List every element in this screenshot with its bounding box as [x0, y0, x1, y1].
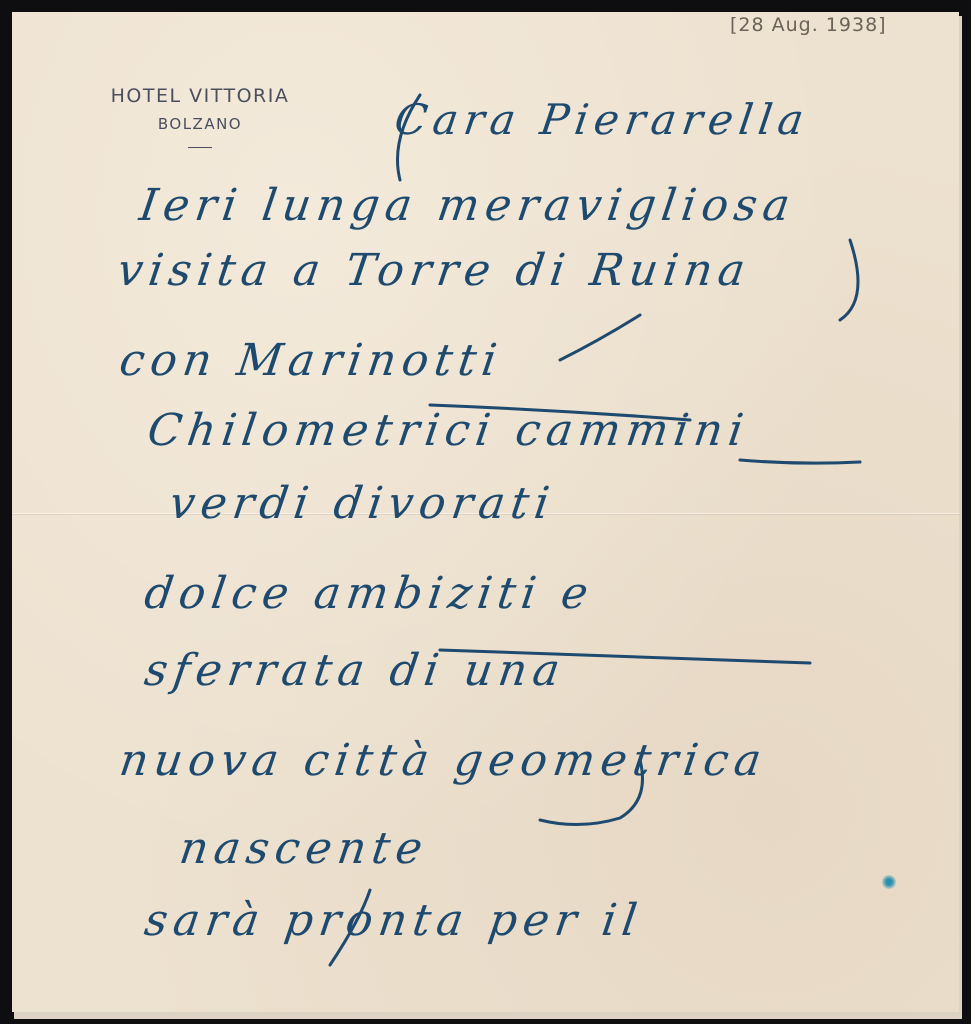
handwritten-line-5: verdi divorati [166, 478, 558, 529]
handwritten-line-4: Chilometrici cammini [144, 405, 752, 456]
handwritten-line-9: nascente [176, 823, 431, 874]
letterhead: HOTEL VITTORIA BOLZANO [80, 85, 320, 148]
handwritten-line-6: dolce ambiziti e [141, 568, 597, 619]
handwritten-line-10: sarà pronta per il [141, 895, 646, 946]
hotel-city: BOLZANO [80, 115, 320, 133]
handwritten-line-1: Ieri lunga meravigliosa [136, 180, 798, 231]
letterhead-rule [188, 147, 212, 148]
handwritten-line-8: nuova città geometrica [116, 735, 770, 786]
archival-date-annotation: [28 Aug. 1938] [730, 14, 887, 36]
salutation: Cara Pierarella [392, 95, 813, 144]
handwritten-line-2: visita a Torre di Ruina [114, 245, 754, 296]
handwritten-line-3: con Marinotti [116, 335, 505, 386]
hotel-name: HOTEL VITTORIA [80, 85, 320, 107]
ink-blot [882, 875, 896, 889]
handwritten-line-7: sferrata di una [141, 645, 568, 696]
